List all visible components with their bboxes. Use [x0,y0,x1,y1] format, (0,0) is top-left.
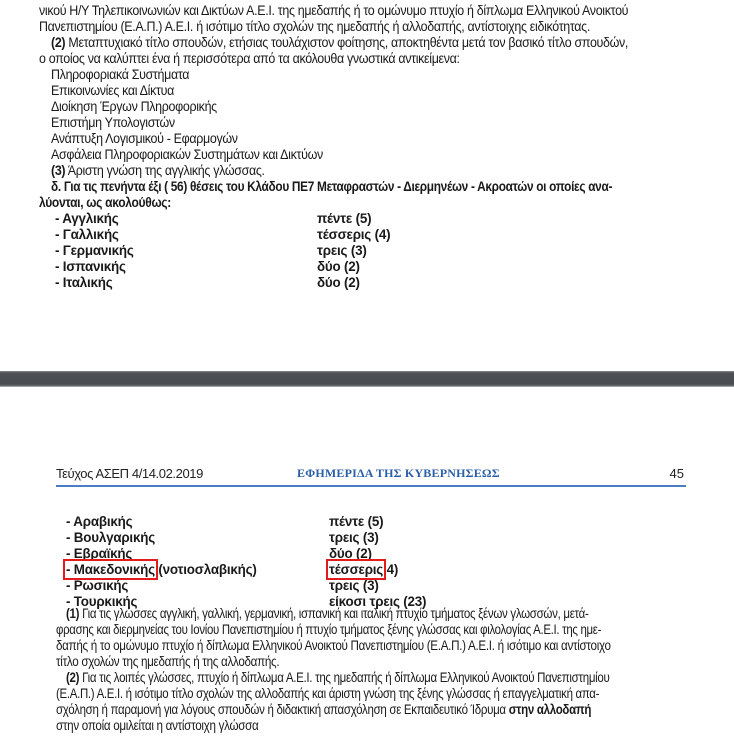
paragraph-number: (3) [51,163,65,178]
issue-label: Τεύχος ΑΣΕΠ 4/14.02.2019 [56,466,203,481]
language-name: - Ισπανικής [55,259,126,275]
position-count: τρεις (3) [329,530,379,546]
gazette-title: ΕΦΗΜΕΡΙΔΑ ΤΗΣ ΚΥΒΕΡΝΗΣΕΩΣ [297,466,500,481]
note-number: (2) [66,670,79,685]
text-line: Πανεπιστημίου (Ε.Α.Π.) Α.Ε.Ι. ή ισότιμο … [39,19,590,35]
note-text: Για τις γλώσσες αγγλική, γαλλική, γερμαν… [79,606,588,621]
language-name: - Βουλγαρικής [66,530,155,546]
position-count: τρεις (3) [329,578,379,594]
text-line: φρασης και διερμηνείας του Ιονίου Πανεπι… [56,622,601,638]
page-number: 45 [670,466,684,481]
subject-item: Ανάπτυξη Λογισμικού - Εφαρμογών [51,131,238,147]
subject-item: Διοίκηση Έργων Πληροφορικής [51,99,217,115]
language-name: - Γερμανικής [55,243,134,259]
position-count-highlighted: τέσσερις 4) [329,562,398,578]
language-name: - Αραβικής [66,514,132,530]
subject-item: Πληροφοριακά Συστήματα [51,67,189,83]
position-count: δύο (2) [317,275,360,291]
position-count: πέντε (5) [317,211,371,227]
paragraph-2: (2) Μεταπτυχιακό τίτλο σπουδών, ετήσιας … [51,35,628,51]
language-name: - Ιταλικής [55,275,113,291]
note-2: (2) Για τις λοιπές γλώσσες, πτυχίο ή δίπ… [66,670,610,686]
position-count: πέντε (5) [329,514,383,530]
note-1: (1) Για τις γλώσσες αγγλική, γαλλική, γε… [66,606,589,622]
language-qualifier: (νοτιοσλαβικής) [155,562,257,577]
highlight-box: - Μακεδονικής [66,562,155,577]
position-count: δύο (2) [329,546,372,562]
subject-item: Επιστήμη Υπολογιστών [51,115,175,131]
section-d-heading-cont: λύονται, ως ακολούθως: [39,195,171,211]
page-header: Τεύχος ΑΣΕΠ 4/14.02.2019 ΕΦΗΜΕΡΙΔΑ ΤΗΣ Κ… [56,463,686,487]
paragraph-text: Άριστη γνώση της αγγλικής γλώσσας. [65,163,264,178]
position-count: τέσσερις (4) [317,227,390,243]
language-name: - Αγγλικής [55,211,119,227]
note-text: σχόληση ή παραμονή για λόγους σπουδών ή … [56,702,509,717]
text-line: (Ε.Α.Π.) Α.Ε.Ι. ή ισότιμο τίτλο σχολών τ… [56,686,599,702]
paragraph-3: (3) Άριστη γνώση της αγγλικής γλώσσας. [51,163,265,179]
position-count: δύο (2) [317,259,360,275]
position-count: τρεις (3) [317,243,367,259]
paragraph-text: Μεταπτυχιακό τίτλο σπουδών, ετήσιας τουλ… [65,35,628,50]
text-line: στην οποία ομιλείται η αντίστοιχη γλώσσα [56,718,258,734]
document-page-top: νικού Η/Υ Τηλεπικοινωνιών και Δικτύων Α.… [0,0,734,371]
text-line: σχόληση ή παραμονή για λόγους σπουδών ή … [56,702,591,718]
subject-item: Ασφάλεια Πληροφοριακών Συστημάτων και Δι… [51,147,323,163]
subject-item: Επικοινωνίες και Δίκτυα [51,83,174,99]
paragraph-number: (2) [51,35,65,50]
language-name: - Εβραϊκής [66,546,132,562]
emphasis-text: στην αλλοδαπή [509,702,591,717]
language-name: - Γαλλικής [55,227,119,243]
note-text: Για τις λοιπές γλώσσες, πτυχίο ή δίπλωμα… [79,670,609,685]
language-name: - Ρωσικής [66,578,128,594]
page-separator [0,371,734,387]
text-line: δαπής ή το ομώνυμο πτυχίο ή δίπλωμα Ελλη… [56,638,611,654]
section-d-heading: δ. Για τις πενήντα έξι ( 56) θέσεις του … [51,179,612,195]
note-number: (1) [66,606,79,621]
text-line: ο οποίος να καλύπτει ένα ή περισσότερα α… [39,51,460,67]
highlight-box: τέσσερις [329,562,383,577]
language-name-highlighted: - Μακεδονικής (νοτιοσλαβικής) [66,562,257,578]
text-line: τίτλο σχολών της ημεδαπής ή της αλλοδαπή… [56,654,279,670]
count-suffix: 4) [383,562,398,577]
text-line: νικού Η/Υ Τηλεπικοινωνιών και Δικτύων Α.… [39,3,628,19]
